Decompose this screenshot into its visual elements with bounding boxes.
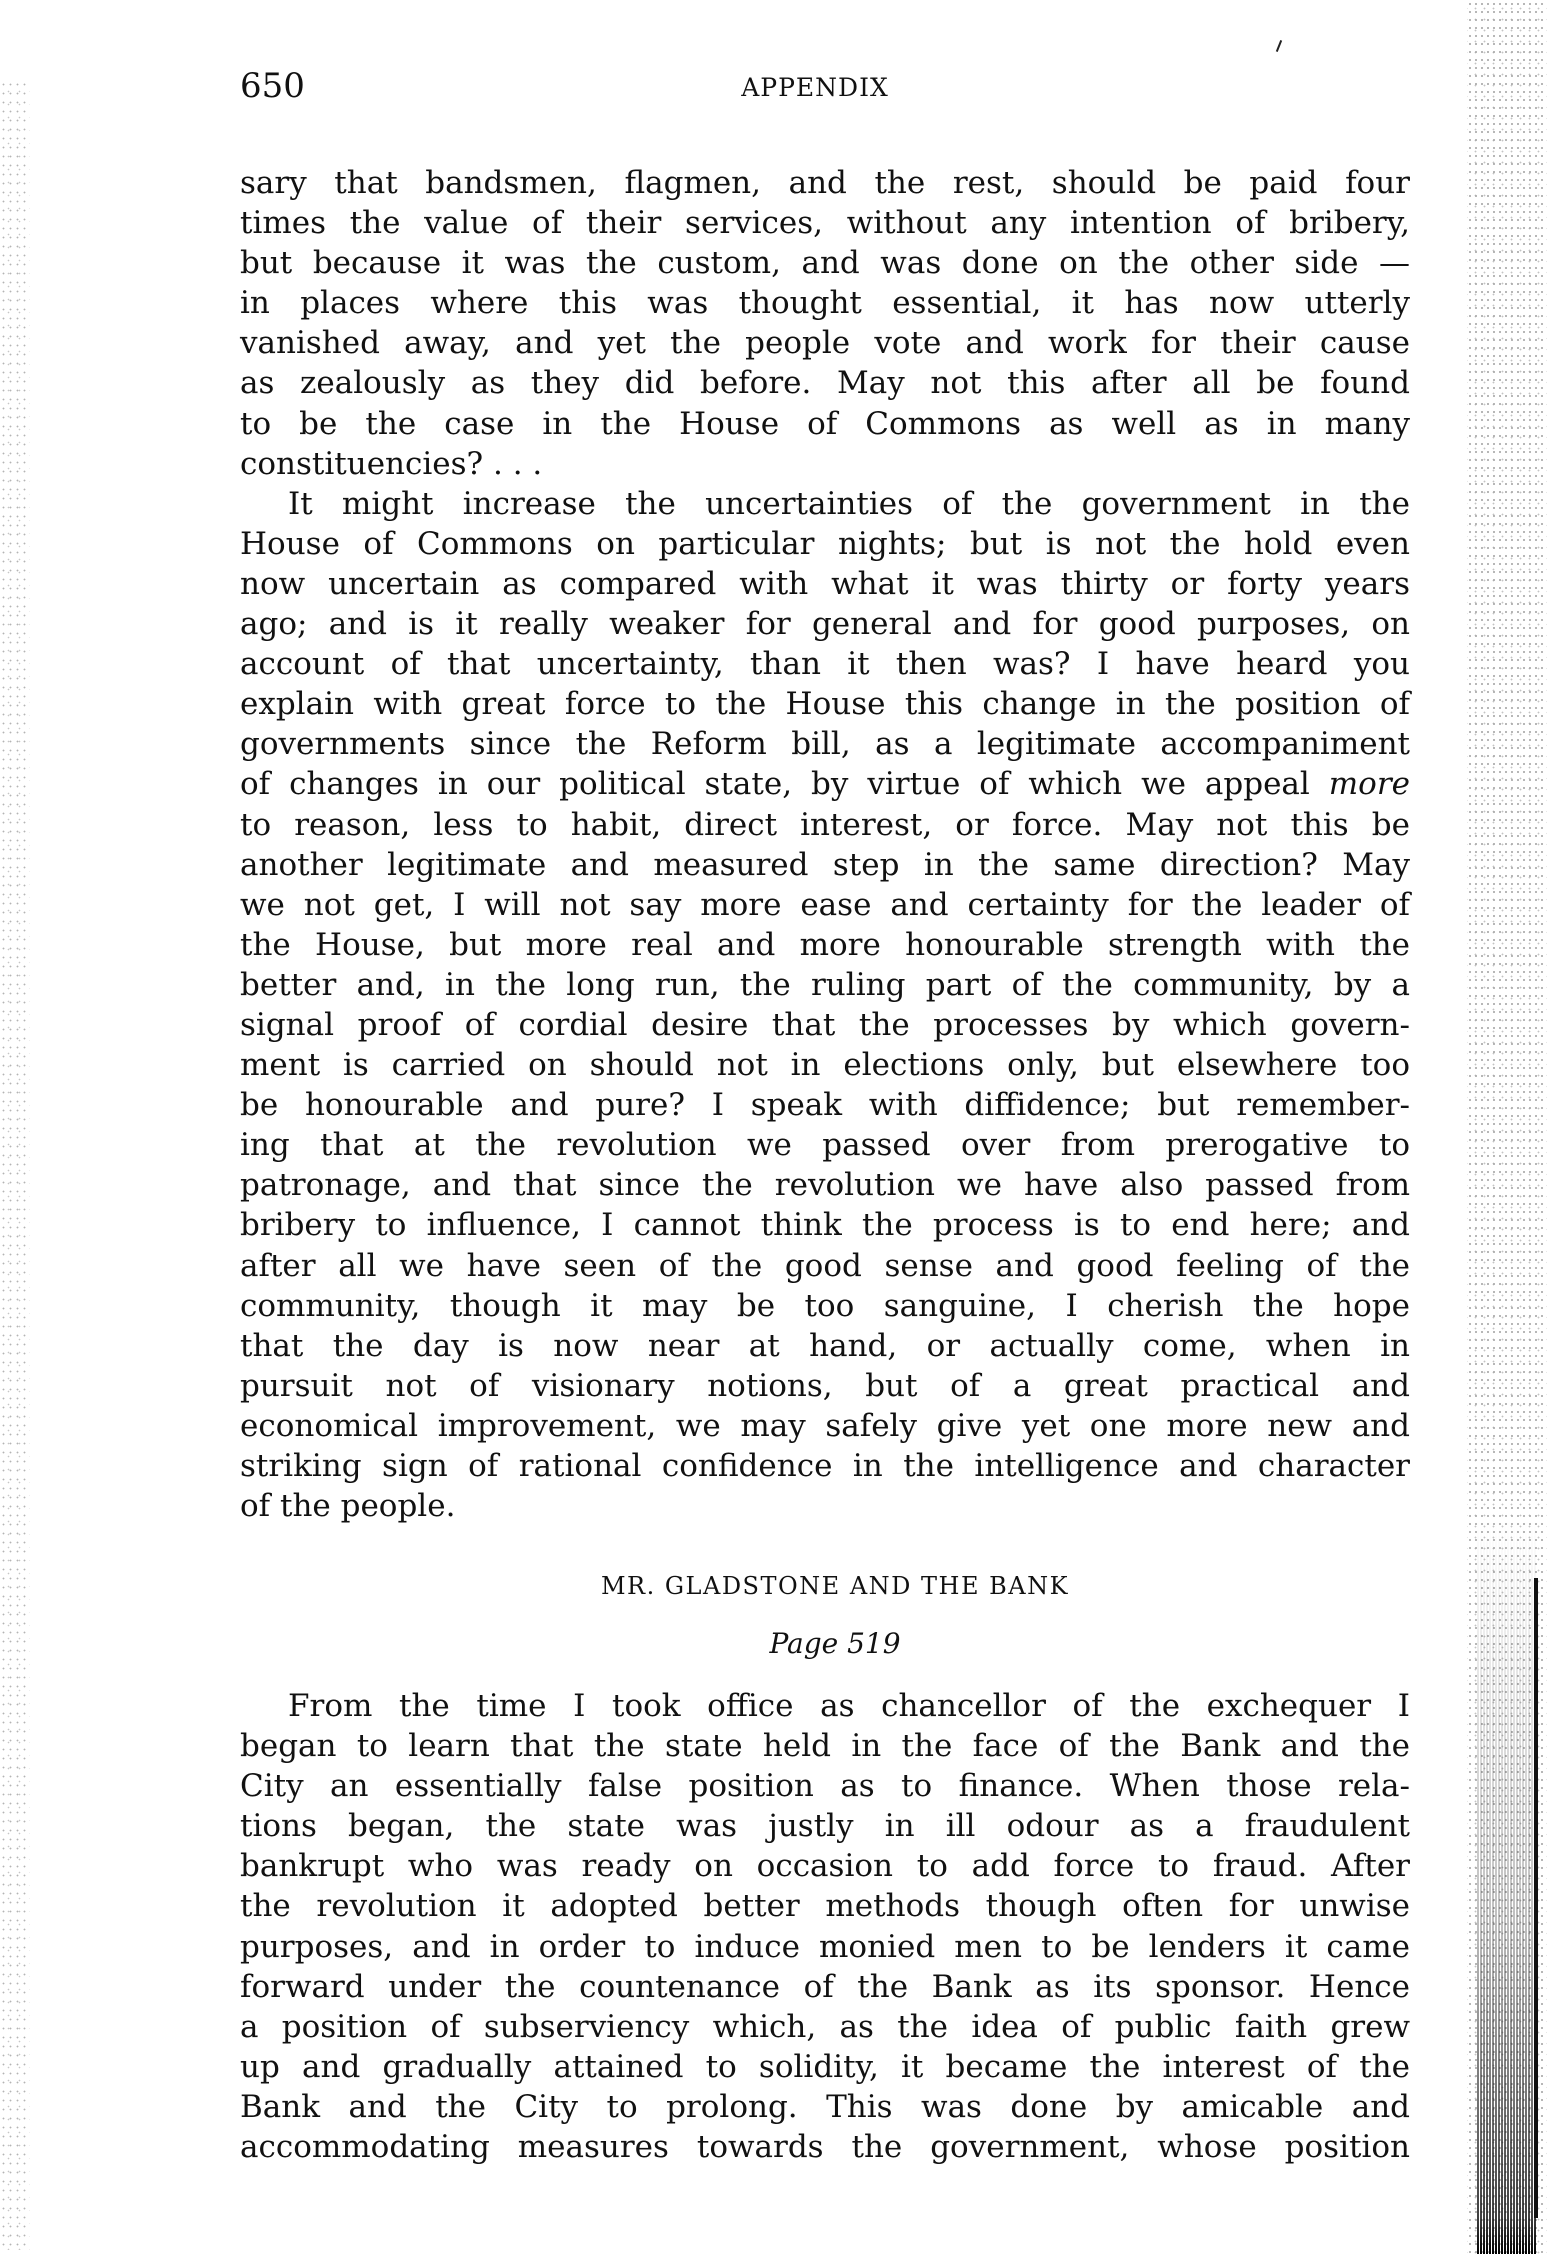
- scan-noise-left: [0, 80, 30, 2250]
- text-line: explain with great force to the House th…: [240, 684, 1410, 724]
- text-line: accommodating measures towards the gover…: [240, 2127, 1410, 2167]
- text-line: up and gradually attained to solidity, i…: [240, 2047, 1410, 2087]
- text-line: ing that at the revolution we passed ove…: [240, 1125, 1410, 1165]
- text-line: tions began, the state was justly in ill…: [240, 1806, 1410, 1846]
- section-1-body: sary that bandsmen, flagmen, and the res…: [240, 163, 1410, 1526]
- stray-pencil-mark: [1276, 40, 1282, 52]
- text-line: bankrupt who was ready on occasion to ad…: [240, 1846, 1410, 1886]
- text-line: the revolution it adopted better methods…: [240, 1886, 1410, 1926]
- text-line: to be the case in the House of Commons a…: [240, 404, 1410, 444]
- text-line: after all we have seen of the good sense…: [240, 1246, 1410, 1286]
- text-line: another legitimate and measured step in …: [240, 845, 1410, 885]
- text-line: to reason, less to habit, direct interes…: [240, 805, 1410, 845]
- text-line: a position of subserviency which, as the…: [240, 2007, 1410, 2047]
- text-line: of the people.: [240, 1486, 1410, 1526]
- text-line: we not get, I will not say more ease and…: [240, 885, 1410, 925]
- text-line: It might increase the uncertainties of t…: [240, 484, 1410, 524]
- section-heading: MR. GLADSTONE AND THE BANK: [240, 1568, 1410, 1604]
- text-line: bribery to influence, I cannot think the…: [240, 1205, 1410, 1245]
- text-line: ago; and is it really weaker for general…: [240, 604, 1410, 644]
- text-line: House of Commons on particular nights; b…: [240, 524, 1410, 564]
- section-page-reference: Page 519: [240, 1624, 1410, 1664]
- text-line: City an essentially false position as to…: [240, 1766, 1410, 1806]
- text-line: striking sign of rational confidence in …: [240, 1446, 1410, 1486]
- book-page: 650 APPENDIX sary that bandsmen, flagmen…: [0, 0, 1547, 2254]
- italic-emphasis: more: [1329, 766, 1410, 802]
- paragraph: It might increase the uncertainties of t…: [240, 484, 1410, 1526]
- text-line: ment is carried on should not in electio…: [240, 1045, 1410, 1085]
- text-line: constituencies? . . .: [240, 444, 1410, 484]
- text-line: began to learn that the state held in th…: [240, 1726, 1410, 1766]
- text-line: be honourable and pure? I speak with dif…: [240, 1085, 1410, 1125]
- text-line: better and, in the long run, the ruling …: [240, 965, 1410, 1005]
- text-line: vanished away, and yet the people vote a…: [240, 323, 1410, 363]
- text-line: economical improvement, we may safely gi…: [240, 1406, 1410, 1446]
- text-line: sary that bandsmen, flagmen, and the res…: [240, 163, 1410, 203]
- text-line-with-italic: of changes in our political state, by vi…: [240, 764, 1410, 804]
- running-head: 650 APPENDIX: [240, 66, 1410, 106]
- paragraph: From the time I took office as chancello…: [240, 1686, 1410, 2167]
- text-line: in places where this was thought essenti…: [240, 283, 1410, 323]
- text-line: of changes in our political state, by vi…: [240, 766, 1310, 802]
- text-line: but because it was the custom, and was d…: [240, 243, 1410, 283]
- text-line: community, though it may be too sanguine…: [240, 1286, 1410, 1326]
- text-line: pursuit not of visionary notions, but of…: [240, 1366, 1410, 1406]
- text-line: governments since the Reform bill, as a …: [240, 724, 1410, 764]
- binding-edge-line: [1534, 1578, 1538, 2218]
- text-line: signal proof of cordial desire that the …: [240, 1005, 1410, 1045]
- text-line: now uncertain as compared with what it w…: [240, 564, 1410, 604]
- text-line: times the value of their services, witho…: [240, 203, 1410, 243]
- text-line: From the time I took office as chancello…: [240, 1686, 1410, 1726]
- running-head-title: APPENDIX: [240, 70, 1410, 106]
- text-line: the House, but more real and more honour…: [240, 925, 1410, 965]
- paragraph: sary that bandsmen, flagmen, and the res…: [240, 163, 1410, 484]
- text-line: purposes, and in order to induce monied …: [240, 1927, 1410, 1967]
- text-line: patronage, and that since the revolution…: [240, 1165, 1410, 1205]
- text-line: that the day is now near at hand, or act…: [240, 1326, 1410, 1366]
- text-line: account of that uncertainty, than it the…: [240, 644, 1410, 684]
- binding-shadow: [1477, 1520, 1537, 2254]
- section-2-body: From the time I took office as chancello…: [240, 1686, 1410, 2167]
- text-line: as zealously as they did before. May not…: [240, 363, 1410, 403]
- text-line: Bank and the City to prolong. This was d…: [240, 2087, 1410, 2127]
- text-line: forward under the countenance of the Ban…: [240, 1967, 1410, 2007]
